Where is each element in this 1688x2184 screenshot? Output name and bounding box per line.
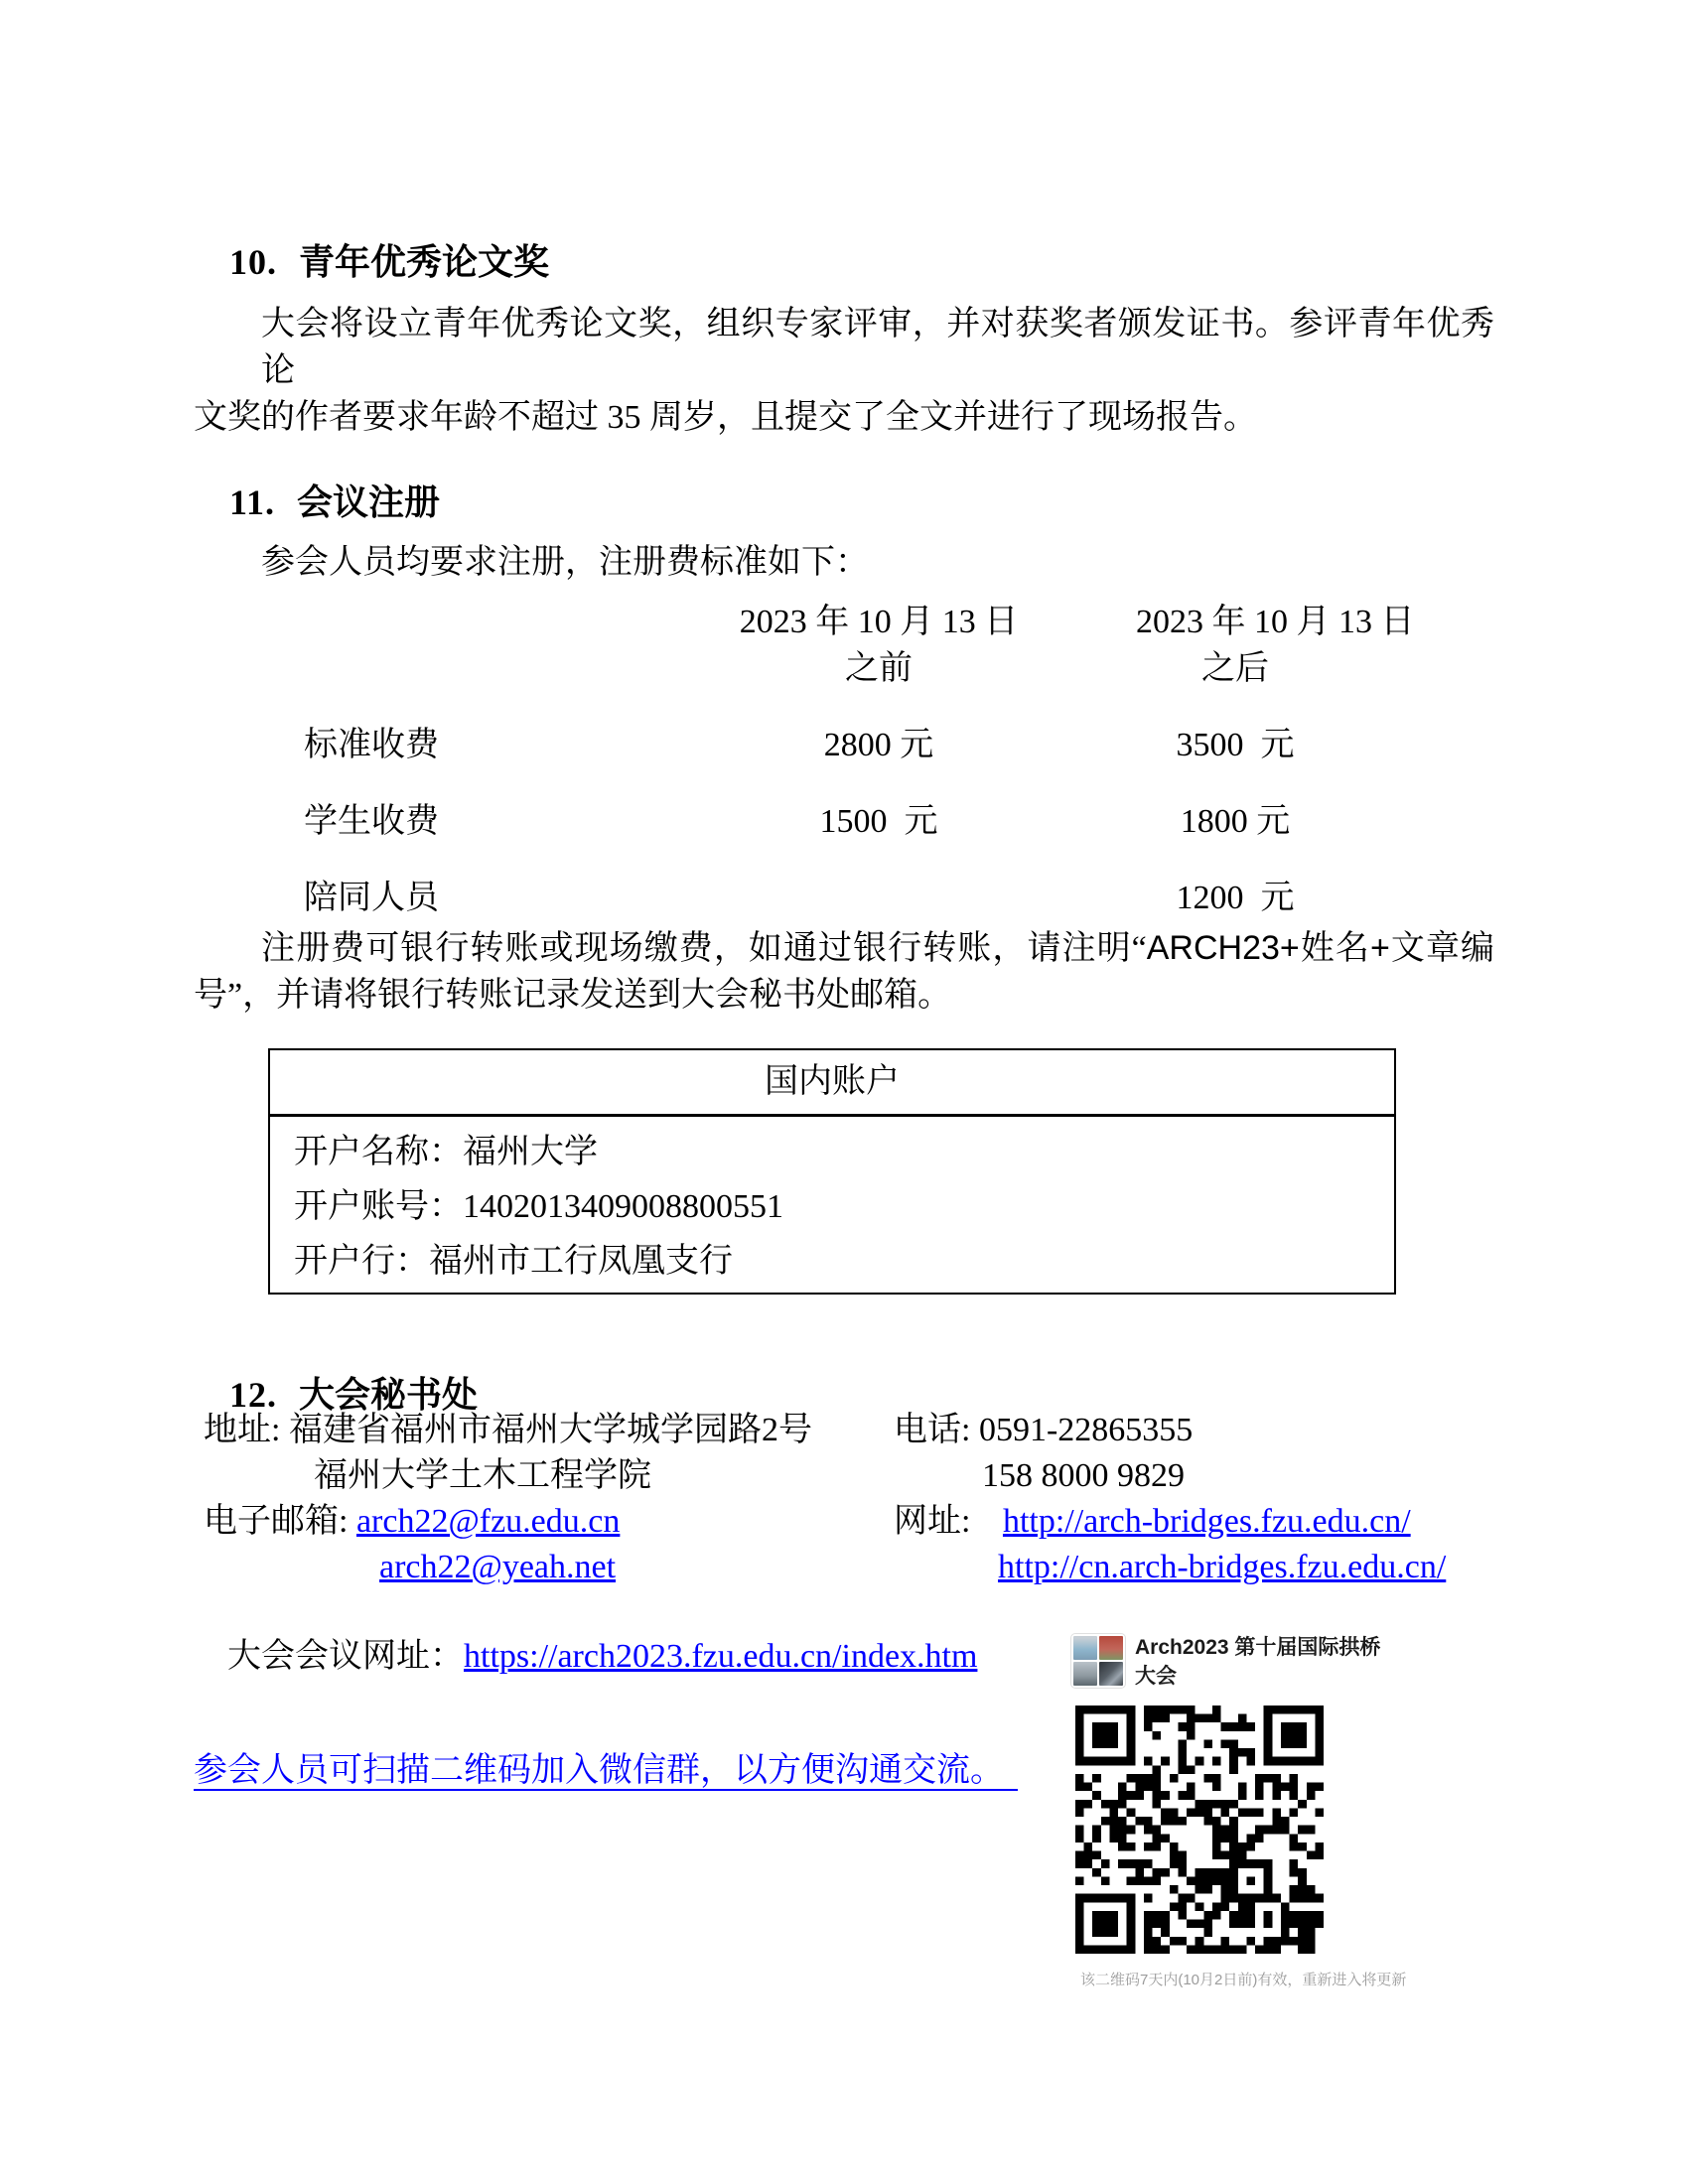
fee-value-before: 2800 元 xyxy=(622,722,1136,768)
fee-row-label: 学生收费 xyxy=(304,798,622,845)
contact-right-column: 电话: 0591-22865355 158 8000 9829 网址: http… xyxy=(894,1408,1509,1590)
email-link-fzu[interactable]: arch22@fzu.edu.cn xyxy=(356,1503,620,1540)
qr-validity-note: 该二维码7天内(10月2日前)有效，重新进入将更新 xyxy=(1080,1969,1406,1989)
wechat-qr-code xyxy=(1075,1706,1324,1954)
phone-number-1: 0591-22865355 xyxy=(979,1412,1193,1448)
transfer-code: ARCH23+ xyxy=(1147,929,1300,967)
bank-account-number: 开户账号：1402013409008800551 xyxy=(294,1179,1370,1234)
phone-number-2: 158 8000 9829 xyxy=(894,1453,1509,1499)
fee-value-before: 1500 元 xyxy=(622,798,1136,845)
address-line-1: 福建省福州市福州大学城学园路2号 xyxy=(289,1412,812,1448)
bank-account-name: 开户名称：福州大学 xyxy=(294,1125,1370,1179)
email-row-2: arch22@yeah.net xyxy=(204,1545,889,1590)
fee-value-after: 1200 元 xyxy=(1136,875,1335,921)
phone-row: 电话: 0591-22865355 xyxy=(894,1408,1509,1453)
wechat-group-name: Arch2023 第十届国际拱桥 大会 xyxy=(1135,1633,1380,1691)
conference-site-line: 大会会议网址：https://arch2023.fzu.edu.cn/index… xyxy=(194,1586,977,1726)
fee-value-after: 3500 元 xyxy=(1136,722,1335,768)
conference-site-label: 大会会议网址： xyxy=(227,1638,464,1675)
payment-note-line-2: 号”，并请将银行转账记录发送到大会秘书处邮箱。 xyxy=(194,972,1494,1019)
avatar-photo-icon xyxy=(1099,1662,1123,1686)
section-10-title: 青年优秀论文奖 xyxy=(299,242,549,282)
address-line-2: 福州大学土木工程学院 xyxy=(204,1453,889,1499)
section-11-number: 11. xyxy=(229,480,275,524)
scan-tip-row: 参会人员可扫描二维码加入微信群，以方便沟通交流。 xyxy=(194,1747,1018,1794)
website-row-2: http://cn.arch-bridges.fzu.edu.cn/ xyxy=(894,1545,1509,1590)
contact-left-column: 地址: 福建省福州市福州大学城学园路2号 福州大学土木工程学院 电子邮箱: ar… xyxy=(204,1408,889,1590)
bank-box-title: 国内账户 xyxy=(270,1050,1394,1117)
section-10-number: 10. xyxy=(229,240,277,284)
conference-site-link[interactable]: https://arch2023.fzu.edu.cn/index.htm xyxy=(464,1638,977,1675)
fee-column-header-after: 2023 年 10 月 13 日 之后 xyxy=(1136,599,1335,692)
fee-table: 2023 年 10 月 13 日 之前 2023 年 10 月 13 日 之后 … xyxy=(304,599,1335,921)
section-11-title: 会议注册 xyxy=(297,482,440,522)
payment-note: 注册费可银行转账或现场缴费，如通过银行转账，请注明“ARCH23+姓名+文章编 … xyxy=(194,925,1494,1019)
wechat-group-card: Arch2023 第十届国际拱桥 大会 xyxy=(1070,1633,1380,1691)
fee-value-after: 1800 元 xyxy=(1136,798,1335,845)
fee-value-before xyxy=(622,875,1136,921)
payment-note-line-1: 注册费可银行转账或现场缴费，如通过银行转账，请注明“ARCH23+姓名+文章编 xyxy=(194,925,1494,972)
avatar-photo-icon xyxy=(1099,1636,1123,1660)
bank-branch: 开户行：福州市工行凤凰支行 xyxy=(294,1234,1370,1289)
registration-intro: 参会人员均要求注册，注册费标准如下： xyxy=(194,539,1494,586)
fee-column-header-before: 2023 年 10 月 13 日 之前 xyxy=(622,599,1136,692)
wechat-group-avatar xyxy=(1070,1633,1126,1689)
scan-tip-text: 参会人员可扫描二维码加入微信群，以方便沟通交流。 xyxy=(194,1752,1018,1791)
bank-account-box: 国内账户 开户名称：福州大学 开户账号：1402013409008800551 … xyxy=(268,1048,1396,1295)
email-link-yeah[interactable]: arch22@yeah.net xyxy=(379,1549,616,1585)
bank-box-body: 开户名称：福州大学 开户账号：1402013409008800551 开户行：福… xyxy=(270,1117,1394,1293)
award-paragraph: 大会将设立青年优秀论文奖，组织专家评审，并对获奖者颁发证书。参评青年优秀论 文奖… xyxy=(194,301,1494,441)
website-link-cn[interactable]: http://cn.arch-bridges.fzu.edu.cn/ xyxy=(998,1549,1446,1585)
address-row: 地址: 福建省福州市福州大学城学园路2号 xyxy=(204,1408,889,1453)
fee-row-label: 陪同人员 xyxy=(304,875,622,921)
document-page: 10.青年优秀论文奖 大会将设立青年优秀论文奖，组织专家评审，并对获奖者颁发证书… xyxy=(0,0,1688,2184)
avatar-photo-icon xyxy=(1073,1636,1097,1660)
website-link-en[interactable]: http://arch-bridges.fzu.edu.cn/ xyxy=(979,1503,1411,1540)
avatar-photo-icon xyxy=(1073,1662,1097,1686)
award-paragraph-line-1: 大会将设立青年优秀论文奖，组织专家评审，并对获奖者颁发证书。参评青年优秀论 xyxy=(194,301,1494,394)
award-paragraph-line-2: 文奖的作者要求年龄不超过 35 周岁，且提交了全文并进行了现场报告。 xyxy=(194,394,1494,441)
qr-code-image xyxy=(1075,1706,1324,1954)
fee-row-label: 标准收费 xyxy=(304,722,622,768)
email-row: 电子邮箱: arch22@fzu.edu.cn xyxy=(204,1499,889,1545)
website-row: 网址: http://arch-bridges.fzu.edu.cn/ xyxy=(894,1499,1509,1545)
